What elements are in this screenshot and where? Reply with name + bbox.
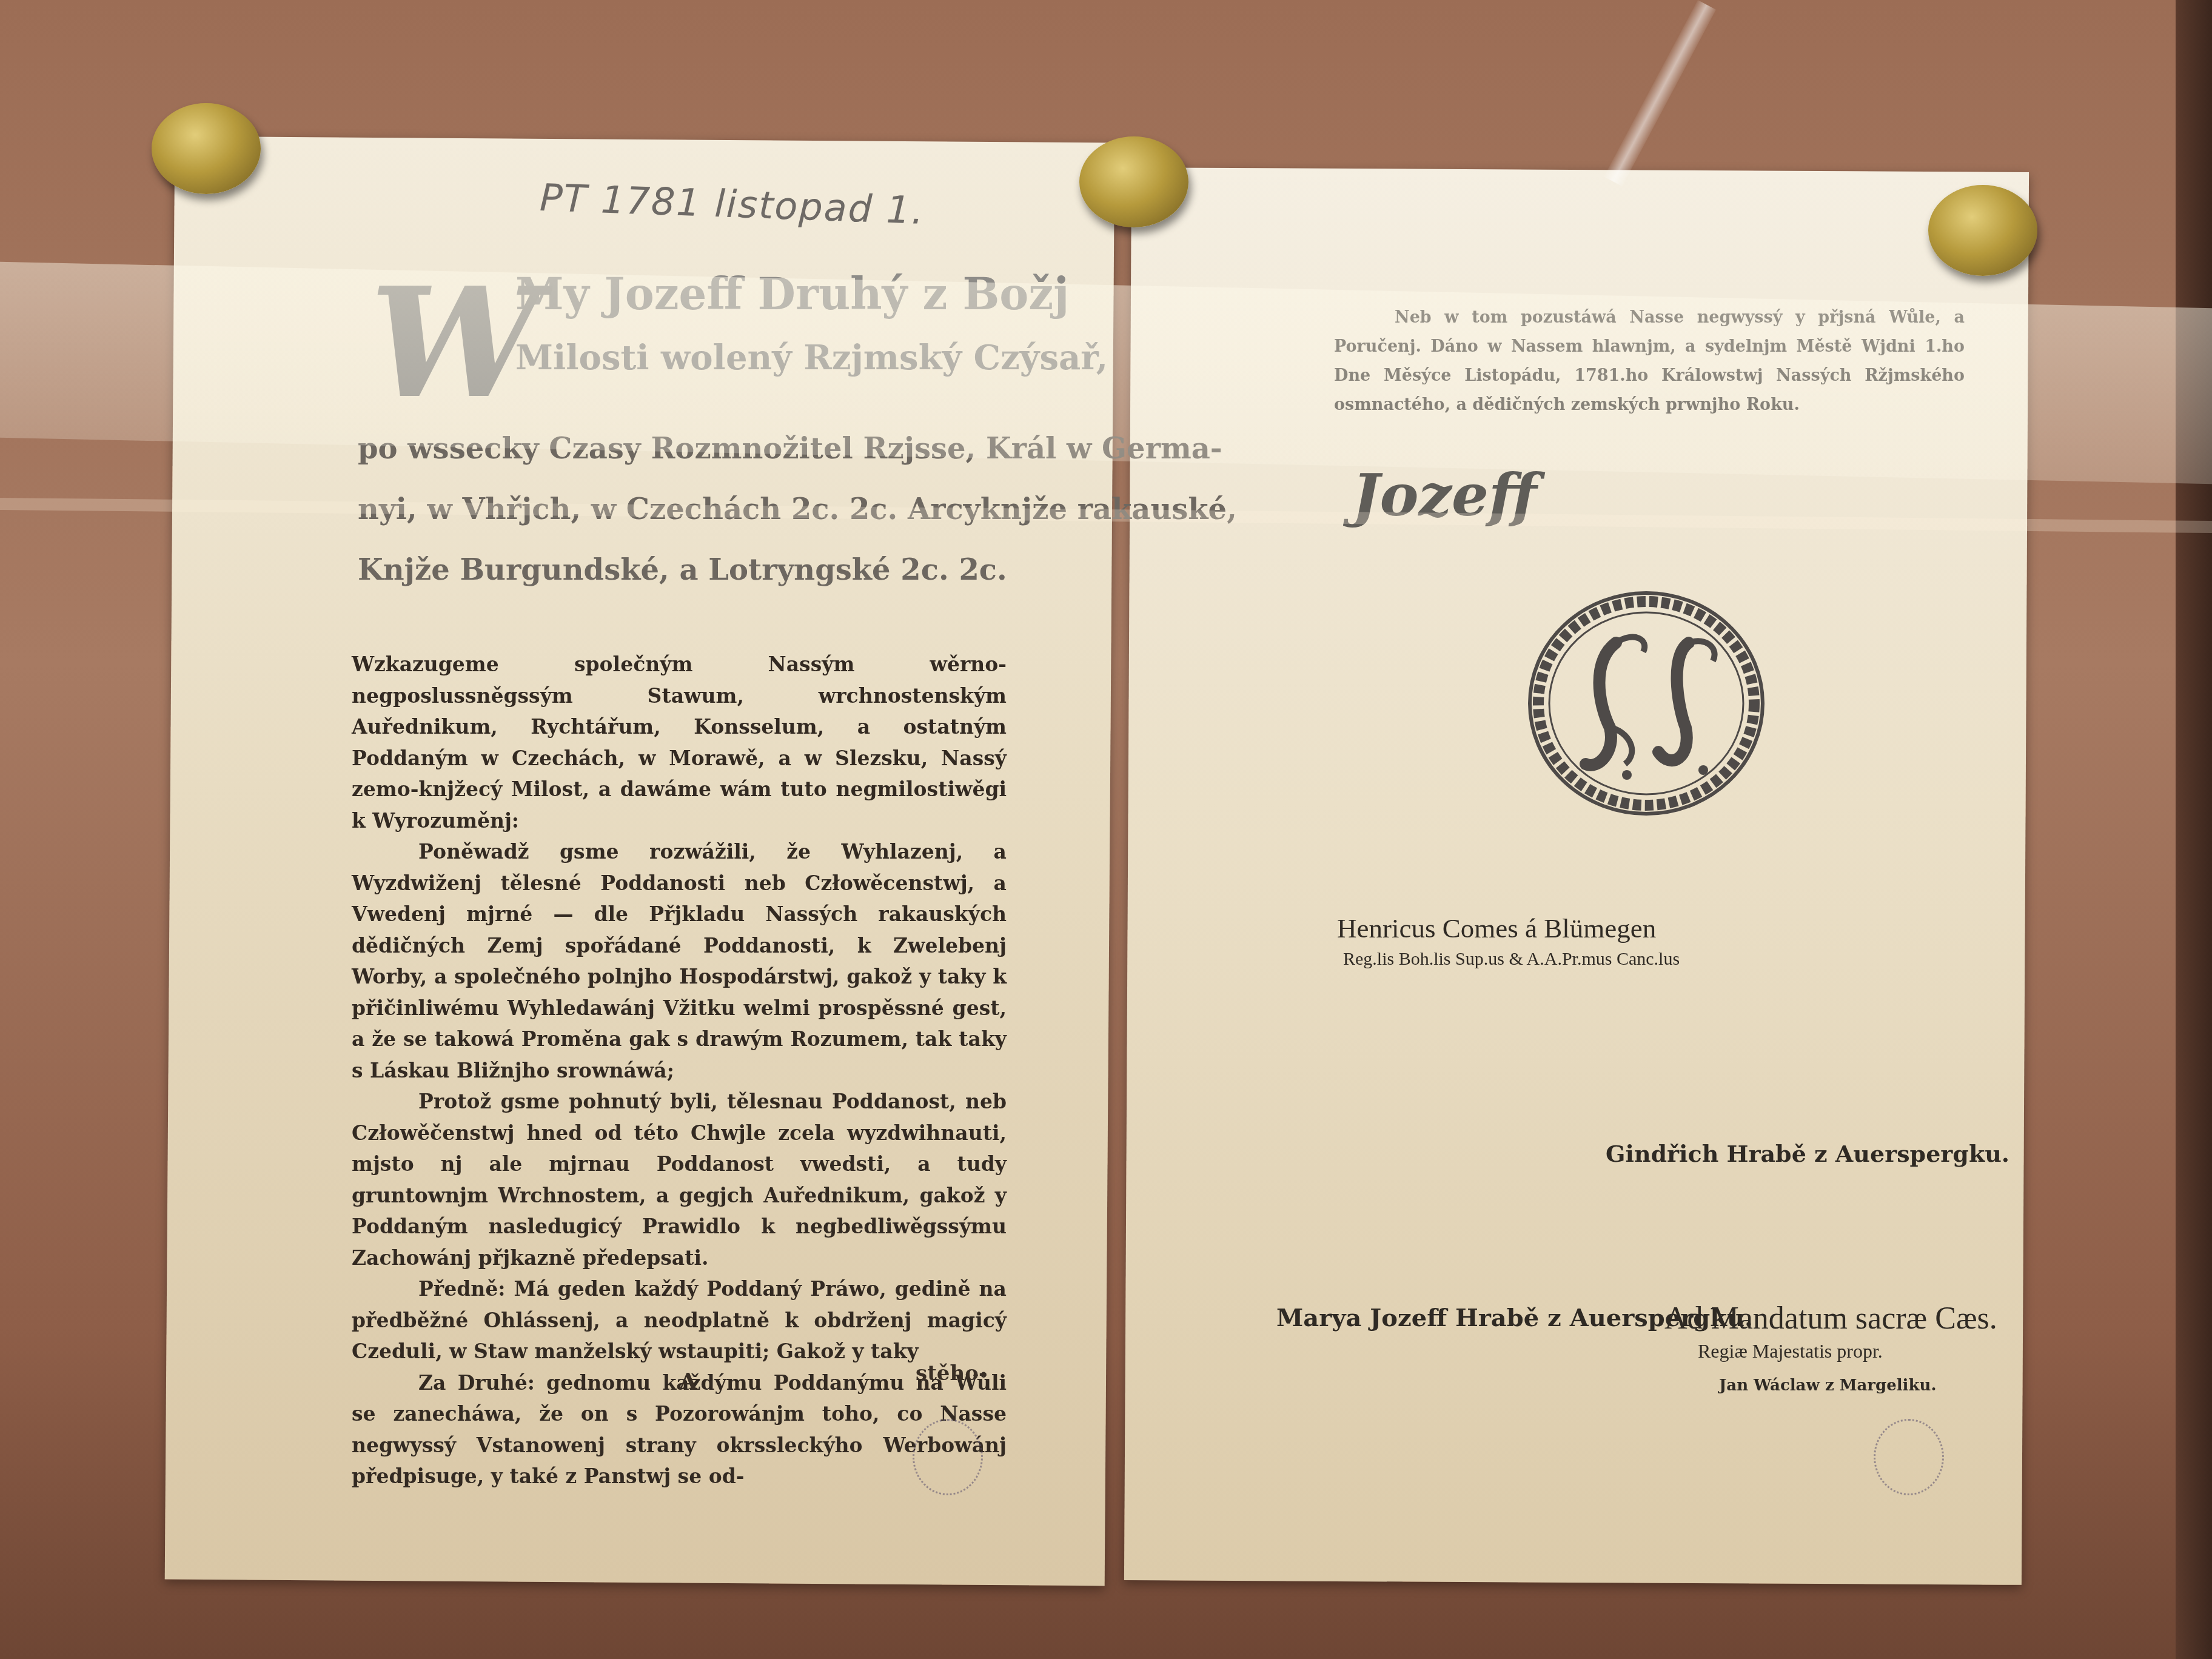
heading-line: po wssecky Czasy Rozmnožitel Rzjsse, Krá… bbox=[358, 418, 1013, 479]
latin-chancellor-signature: Henricus Comes á Blümegen bbox=[1337, 913, 1656, 944]
mandate-formula-line2: Regiæ Majestatis propr. bbox=[1698, 1340, 1883, 1362]
ornamental-drop-cap: W bbox=[370, 267, 540, 418]
closing-paragraph: Neb w tom pozustáwá Nasse negwyssý y přj… bbox=[1334, 303, 1965, 420]
catchword: stěho- bbox=[916, 1361, 987, 1386]
secretary-signature: Jan Wáclaw z Margeliku. bbox=[1719, 1376, 1936, 1395]
imperial-seal-icon bbox=[1519, 582, 1774, 825]
decree-body: Wzkazugeme společným Nassým wěrno-negpos… bbox=[352, 649, 1007, 1492]
library-stamp-icon bbox=[913, 1419, 983, 1495]
closing-text: Neb w tom pozustáwá Nasse negwyssý y přj… bbox=[1334, 303, 1965, 420]
paragraph: Protož gsme pohnutý byli, tělesnau Podda… bbox=[352, 1086, 1007, 1273]
glass-rod-reflection bbox=[1604, 0, 1716, 186]
paragraph: Poněwadž gsme rozwážili, že Wyhlazenj, a… bbox=[352, 836, 1007, 1086]
mandate-formula: Ad Mandatum sacræ Cæs. bbox=[1664, 1301, 1997, 1336]
latin-chancellor-title: Reg.lis Boh.lis Sup.us & A.A.Pr.mus Canc… bbox=[1343, 949, 1680, 970]
czech-chancellor-signature: Gindřich Hrabě z Auerspergku. bbox=[1606, 1140, 2009, 1167]
decree-heading: W My Jozeff Druhý z Božj Milosti wolený … bbox=[370, 261, 1007, 388]
brass-magnet-icon bbox=[152, 103, 261, 194]
printer-signature-mark: A bbox=[679, 1367, 697, 1395]
brass-magnet-icon bbox=[1079, 136, 1188, 227]
paragraph: Předně: Má geden každý Poddaný Práwo, ge… bbox=[352, 1273, 1007, 1367]
brass-magnet-icon bbox=[1928, 185, 2037, 276]
library-stamp-icon bbox=[1874, 1419, 1944, 1495]
paragraph: Wzkazugeme společným Nassým wěrno-negpos… bbox=[352, 649, 1007, 836]
display-case-frame bbox=[2176, 0, 2212, 1659]
heading-line: Knjže Burgundské, a Lotryngské 2c. 2c. bbox=[358, 540, 1013, 600]
